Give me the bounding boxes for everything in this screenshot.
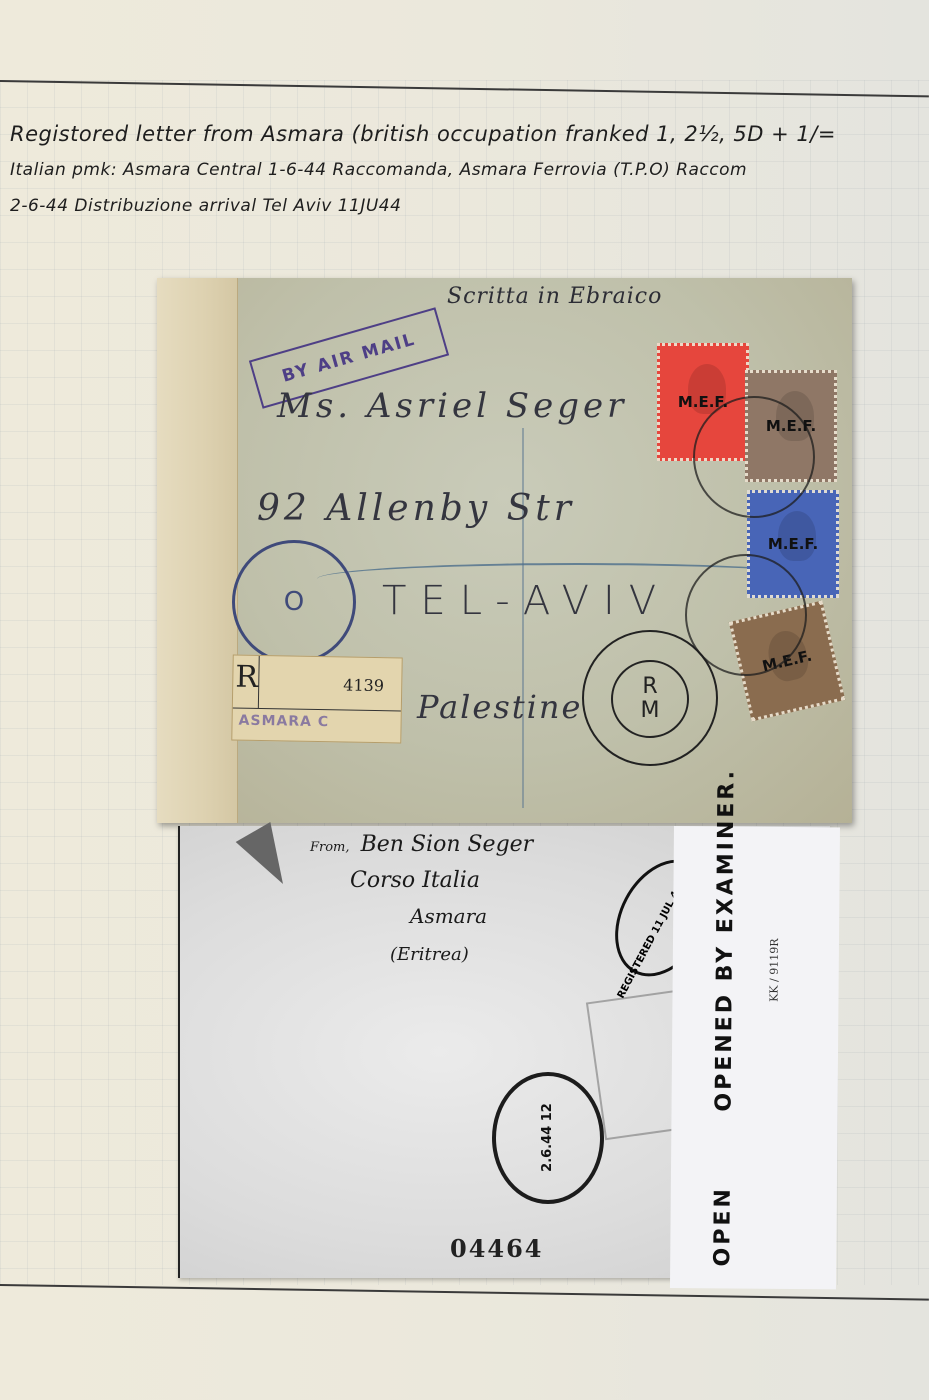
censor-label-text: OPEN OPENED BY EXAMINER. [710, 768, 739, 1267]
caption-line-2: Italian pmk: Asmara Central 1-6-44 Racco… [10, 160, 929, 180]
ring-handstamp-letter: O [284, 587, 304, 617]
rm-letter-r: R [642, 675, 657, 699]
stamp-overprint: M.E.F. [766, 417, 816, 435]
cover-back-photocopy: From, Ben Sion Seger Corso Italia Asmara… [178, 826, 830, 1278]
stamp-overprint: M.E.F. [678, 393, 728, 411]
rm-handstamp: R M [611, 660, 689, 738]
address-country: Palestine [417, 688, 582, 726]
sender-city: Asmara [410, 904, 487, 928]
handwritten-caption: Registored letter from Asmara (british o… [10, 122, 929, 216]
sender-street: Corso Italia [350, 868, 480, 893]
asmara-postmark-1 [693, 396, 815, 518]
censor-tape-strip [157, 278, 238, 823]
censor-label: OPEN OPENED BY EXAMINER. KK / 9119R [670, 826, 840, 1289]
stamp-overprint: M.E.F. [768, 535, 818, 553]
addressee-name: Ms. Asriel Seger [277, 386, 627, 426]
censor-opened-by: OPENED BY EXAMINER. [712, 768, 740, 1112]
censor-open: OPEN [710, 1186, 736, 1266]
envelope-flap-tip [236, 822, 301, 894]
sender-country: (Eritrea) [390, 944, 469, 965]
sender-address: From, Ben Sion Seger Corso Italia Asmara… [310, 832, 533, 857]
label-divider [233, 708, 401, 712]
hebrew-annotation: Scritta in Ebraico [447, 284, 662, 309]
rm-letter-m: M [641, 699, 660, 723]
address-city: TEL-AVIV [382, 578, 670, 624]
caption-line-3: 2-6-44 Distribuzione arrival Tel Aviv 11… [10, 196, 929, 216]
distribuzione-postmark: 2.6.44 12 [492, 1072, 604, 1204]
censor-code: KK / 9119R [767, 938, 781, 1002]
cover-front: Scritta in Ebraico BY AIR MAIL Ms. Asrie… [157, 278, 852, 823]
registration-number: 4139 [343, 675, 384, 695]
caption-line-1: Registored letter from Asmara (british o… [10, 122, 929, 146]
registration-office: ASMARA C [238, 713, 329, 731]
label-divider [258, 656, 260, 708]
registration-letter: R [235, 660, 258, 695]
ring-handstamp: O [232, 540, 356, 664]
address-street: 92 Allenby Str [257, 488, 575, 529]
asmara-postmark-2 [685, 554, 807, 676]
registration-label: R 4139 ASMARA C [231, 655, 402, 744]
sender-prefix: From, [310, 840, 350, 855]
serial-number: 04464 [450, 1234, 544, 1263]
sender-name: Ben Sion Seger [361, 832, 534, 857]
distribuzione-date: 2.6.44 12 [541, 1104, 556, 1173]
